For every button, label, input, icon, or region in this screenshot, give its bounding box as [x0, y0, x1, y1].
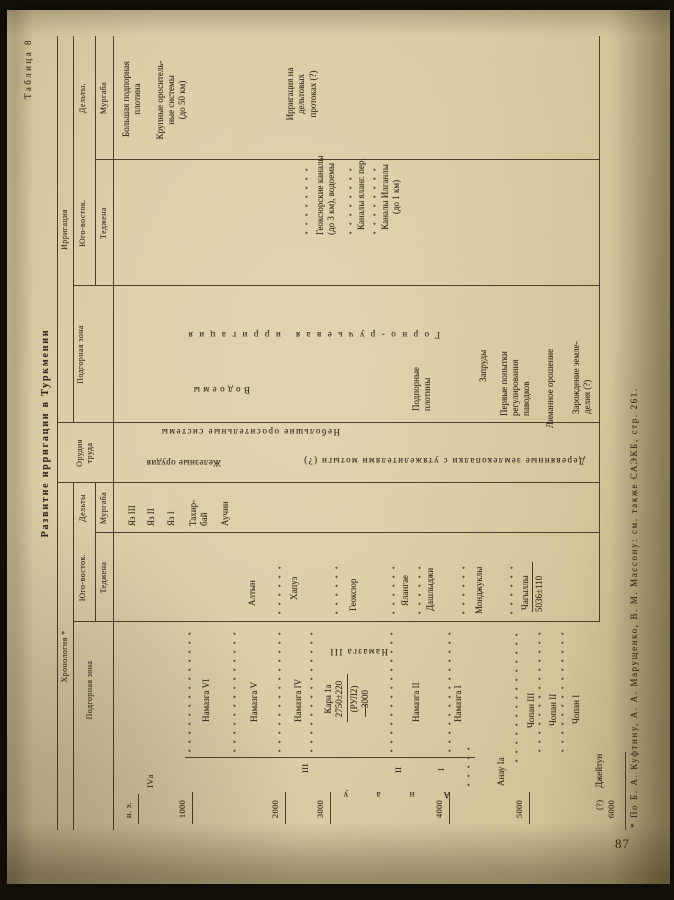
anau-period-ii: II	[393, 767, 404, 773]
dot-leader	[335, 562, 338, 614]
period-yaz1: Яз I	[166, 511, 177, 526]
irr-large-systems: Крупные ороситель- ные системы (до 50 км…	[155, 44, 187, 156]
date-2000: 2000	[270, 794, 281, 824]
period-chopan2: Чопан II	[548, 694, 559, 726]
table-title: Развитие ирригации в Туркмении	[40, 168, 53, 698]
col-header-delta-irr: Дельты.	[78, 36, 88, 160]
table-bottom-rule	[599, 36, 600, 622]
col-header-delta-chron: Дельты	[78, 483, 88, 533]
anau-period-iva: IVа	[145, 774, 156, 788]
irr-delta-channels: Ирригация на дельтовых протоках (?)	[285, 46, 319, 142]
chagylly-c14-date: 5036±110	[534, 576, 545, 612]
col-sep-chron-tools	[57, 482, 599, 483]
era-label: н. э.	[123, 802, 134, 818]
dot-leader	[278, 626, 281, 752]
period-chopan1: Чопан I	[571, 695, 582, 724]
col-header-murgab-irr: Мургаба	[99, 36, 109, 160]
col-header-se-irr: Юго-восток.	[78, 160, 88, 286]
table-top-rule	[57, 36, 58, 830]
date-6000: 6000	[606, 794, 617, 824]
footnote: * По Б. А. Куфтину, А. А. Марущенко, В. …	[629, 268, 640, 828]
kara-date-top: Кара 1а 2750±220	[323, 670, 345, 728]
site-geoksyur: Геоксюр	[348, 579, 359, 611]
date-5000: 5000	[514, 794, 525, 824]
table-caption: Таблица 8	[23, 38, 34, 158]
irr-liman: Лиманное орошение	[545, 349, 556, 428]
irr-geoksyur-canals: Геоксюрские каналы (до 3 км), водоемы	[315, 156, 338, 235]
site-mondzhukly: Монджуклы	[474, 567, 485, 614]
anau-period-iii: III	[300, 764, 311, 773]
site-takhirbay: Тахир- бай	[188, 500, 210, 526]
date-1000: 1000	[177, 794, 188, 824]
period-namazga5: Намазга V	[249, 682, 260, 722]
footnote-rule	[625, 752, 626, 830]
chagylly-rule	[532, 562, 533, 612]
col-sep-tedzhen-murgab	[95, 532, 599, 533]
period-namazga6: Намазга VI	[201, 679, 212, 722]
col-sep-irr-tedzhen-murgab	[95, 159, 599, 160]
dot-leader	[448, 626, 451, 752]
site-auchin: Аучин	[220, 501, 231, 526]
group-header-irrigation: Ирригация	[60, 36, 70, 423]
period-namazga1: Намазга I	[453, 685, 464, 722]
col-sep-irr-piedmont-tedzhen	[73, 285, 599, 286]
rule-subheader-chron	[95, 483, 96, 622]
site-dashlydzhi: Дашлыджи	[425, 568, 436, 611]
kara-date-bottom: (РУЛ2) 3000	[349, 670, 371, 728]
col-header-murgab-chron: Мургаба	[99, 483, 109, 533]
col-sep-scale	[185, 757, 475, 758]
dot-leader	[418, 562, 421, 614]
rule-under-irrigation	[73, 36, 74, 423]
site-yalangach: Ялангае	[400, 575, 411, 606]
site-altyn: Алтын	[247, 580, 258, 606]
dot-leader	[392, 562, 395, 614]
dot-leader	[188, 626, 191, 752]
scale-tick	[285, 792, 286, 824]
scale-tick	[529, 792, 530, 824]
dot-leader	[515, 628, 518, 762]
period-chopan3: Чопан III	[526, 693, 537, 728]
page-number: 87	[615, 836, 630, 852]
anau-period-i: I	[436, 768, 447, 771]
period-anau1a: Анау Iа	[496, 757, 507, 786]
site-khapuz: Хапуз	[289, 577, 300, 600]
irr-dams: Подпорные плотины	[411, 367, 433, 411]
dot-leader	[510, 562, 513, 614]
dot-leader	[278, 562, 281, 614]
rule-under-chronology	[73, 483, 74, 830]
dot-leader	[390, 626, 393, 752]
irr-ilganly-canals: Каналы Илганлы (до 1 км)	[380, 152, 403, 242]
dot-leader	[462, 562, 465, 614]
irr-yalang-canals: Каналы яланг. пер.	[356, 158, 367, 230]
dot-leader	[233, 626, 236, 752]
header-body-rule	[113, 36, 114, 830]
dot-leader	[373, 166, 376, 234]
period-namazga2: Намазга II	[411, 682, 422, 722]
col-header-tedzhen-irr: Теджена	[99, 160, 109, 286]
irr-big-dam: Большая подпорная плотина	[121, 40, 143, 158]
period-yaz2: Яз II	[146, 508, 157, 526]
scanned-book-photo: Таблица 8 Развитие ирригации в Туркмении…	[0, 0, 674, 900]
dot-leader	[305, 166, 308, 234]
kara-fraction-rule	[347, 674, 348, 722]
irr-origin-agriculture: Зарождение земле- делия (?)	[571, 341, 593, 414]
dot-leader	[310, 626, 313, 752]
rule-subheader-irr	[95, 36, 96, 286]
date-6000-note: (?)	[594, 800, 605, 810]
col-header-piedmont-irr: Подгорная зона	[76, 286, 86, 423]
col-header-tedzhen-chron: Теджена	[99, 533, 109, 622]
col-header-se-chron: Юго-восток.	[78, 533, 88, 622]
dot-leader	[349, 166, 352, 234]
dot-leader	[467, 746, 470, 786]
book-page: Таблица 8 Развитие ирригации в Туркмении…	[7, 10, 670, 884]
rotated-table-block: Таблица 8 Развитие ирригации в Туркмении…	[7, 10, 670, 884]
scale-tick	[192, 792, 193, 824]
scale-tick	[138, 794, 139, 824]
irr-first-attempts: Первые попытки регулирования паводков	[499, 351, 531, 416]
col-header-piedmont-chron: Подгорная зона	[85, 622, 95, 758]
col-sep-tools-irr	[57, 422, 599, 423]
col-sep-piedmont-tedzhen	[73, 621, 599, 622]
period-yaz3: Яз III	[127, 505, 138, 526]
site-chagylly: Чагыллы	[520, 575, 531, 610]
kara-dash-rule	[365, 705, 366, 717]
dot-leader	[538, 628, 541, 752]
irr-weirs: Запруды	[478, 350, 489, 382]
dot-leader	[561, 628, 564, 752]
period-dzheitun: Джейтун	[594, 754, 605, 788]
period-namazga4: Намазга IV	[293, 679, 304, 722]
col-header-tools: Орудия труда	[75, 423, 95, 483]
group-header-chronology: Хронология *	[60, 483, 70, 830]
